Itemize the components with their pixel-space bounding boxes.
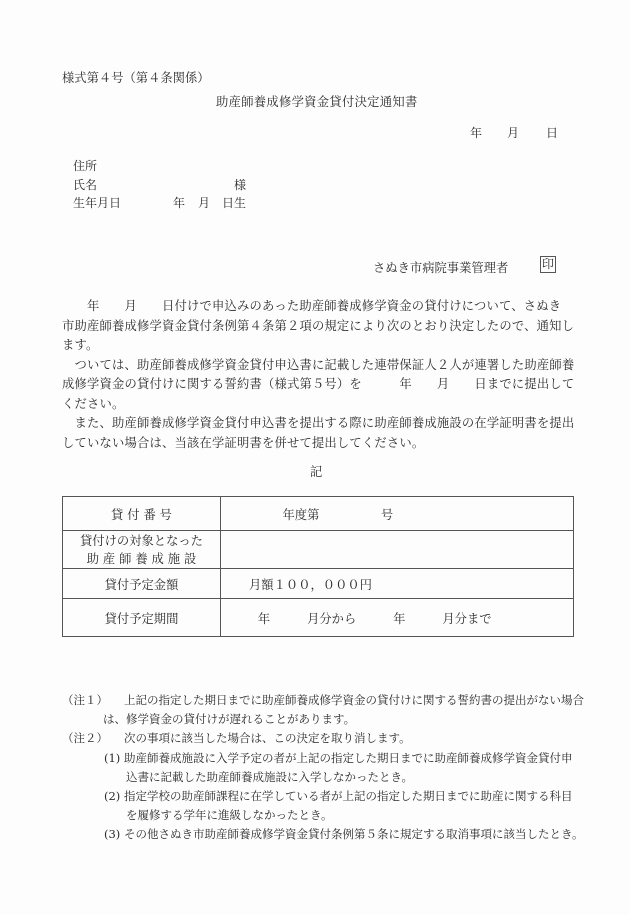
note1-line2: は、修学資金の貸付けが遅れることがあります。 [62, 710, 592, 729]
para3-line2: していない場合は、当該在学証明書を併せて提出してください。 [62, 434, 576, 454]
item-text: 助産師養成施設に入学予定の者が上記の指定した期日までに助産師養成修学資金貸付申 [124, 751, 573, 765]
note2-item-1: (1) 助産師養成施設に入学予定の者が上記の指定した期日までに助産師養成修学資金… [62, 749, 592, 768]
loan-period-label: 貸付予定期間 [63, 599, 221, 637]
facility-label-line2: 助 産 師 養 成 施 設 [63, 550, 220, 568]
note-2: （注２）次の事項に該当した場合は、この決定を取り消します。 [62, 729, 592, 748]
loan-number-label: 貸 付 番 号 [63, 497, 221, 531]
address-label: 住所 [73, 157, 97, 174]
para1-line2: 市助産師養成修学資金貸付条例第４条第２項の規定により次のとおり決定したので、通知… [62, 317, 576, 337]
body-paragraphs: 年 月 日付けで申込みのあった助産師養成修学資金の貸付けについて、さぬき 市助産… [62, 297, 576, 453]
item-number: (2) [104, 789, 120, 803]
loan-amount-label: 貸付予定金額 [63, 569, 221, 599]
facility-value [221, 531, 574, 569]
para1-line1: 年 月 日付けで申込みのあった助産師養成修学資金の貸付けについて、さぬき [62, 297, 576, 317]
facility-label-line1: 貸付けの対象となった [63, 532, 220, 550]
honorific: 様 [234, 176, 246, 193]
notes-section: （注１）上記の指定した期日までに助産師養成修学資金の貸付けに関する誓約書の提出が… [62, 691, 592, 845]
table-row: 貸 付 番 号 年度第 号 [63, 497, 574, 531]
note2-text: 次の事項に該当した場合は、この決定を取り消します。 [124, 731, 411, 745]
note-1: （注１）上記の指定した期日までに助産師養成修学資金の貸付けに関する誓約書の提出が… [62, 691, 592, 710]
loan-period-value: 年 月分から 年 月分まで [221, 599, 574, 637]
para3-line1: また、助産師養成修学資金貸付申込書を提出する際に助産師養成施設の在学証明書を提出 [62, 414, 576, 434]
item-number: (3) [104, 827, 120, 841]
para2-line2: 成修学資金の貸付けに関する誓約書（様式第５号）を 年 月 日までに提出して [62, 375, 576, 395]
birth-year: 年 [173, 194, 185, 211]
note2-item-3: (3) その他さぬき市助産師養成修学資金貸付条例第５条に規定する取消事項に該当し… [62, 825, 592, 844]
form-number: 様式第４号（第４条関係） [62, 68, 210, 86]
loan-decision-table: 貸 付 番 号 年度第 号 貸付けの対象となった 助 産 師 養 成 施 設 貸… [62, 496, 574, 637]
facility-label: 貸付けの対象となった 助 産 師 養 成 施 設 [63, 531, 221, 569]
ki-heading: 記 [310, 462, 322, 480]
note2-label: （注２） [62, 731, 108, 745]
date-month: 月 [507, 124, 519, 141]
seal-icon: 印 [540, 256, 556, 273]
para1-line3: ます。 [62, 336, 576, 356]
note1-label: （注１） [62, 693, 108, 707]
table-row: 貸付けの対象となった 助 産 師 養 成 施 設 [63, 531, 574, 569]
loan-amount-value: 月額１００，０００円 [221, 569, 574, 599]
birth-month: 月 [198, 194, 210, 211]
name-label: 氏名 [73, 176, 97, 193]
date-day: 日 [546, 124, 558, 141]
document-title: 助産師養成修学資金貸付決定通知書 [216, 92, 418, 110]
issuer-name: さぬき市病院事業管理者 [373, 258, 508, 276]
note2-item-2: (2) 指定学校の助産師課程に在学している者が上記の指定した期日までに助産に関す… [62, 787, 592, 806]
para2-line3: ください。 [62, 395, 576, 415]
table-row: 貸付予定金額 月額１００，０００円 [63, 569, 574, 599]
para2-line1: ついては、助産師養成修学資金貸付申込書に記載した連帯保証人２人が連署した助産師養 [62, 356, 576, 376]
item2-line2: を履修する学年に進級しなかったとき。 [62, 806, 592, 825]
item-text: その他さぬき市助産師養成修学資金貸付条例第５条に規定する取消事項に該当したとき。 [124, 827, 584, 841]
date-year: 年 [470, 124, 482, 141]
item-number: (1) [104, 751, 120, 765]
item-text: 指定学校の助産師課程に在学している者が上記の指定した期日までに助産に関する科目 [124, 789, 573, 803]
note1-line1: 上記の指定した期日までに助産師養成修学資金の貸付けに関する誓約書の提出がない場合 [124, 693, 584, 707]
birthdate-label: 生年月日 [73, 194, 121, 211]
loan-number-value: 年度第 号 [221, 497, 574, 531]
birth-day: 日生 [222, 194, 246, 211]
table-row: 貸付予定期間 年 月分から 年 月分まで [63, 599, 574, 637]
item1-line2: 込書に記載した助産師養成施設に入学しなかったとき。 [62, 768, 592, 787]
